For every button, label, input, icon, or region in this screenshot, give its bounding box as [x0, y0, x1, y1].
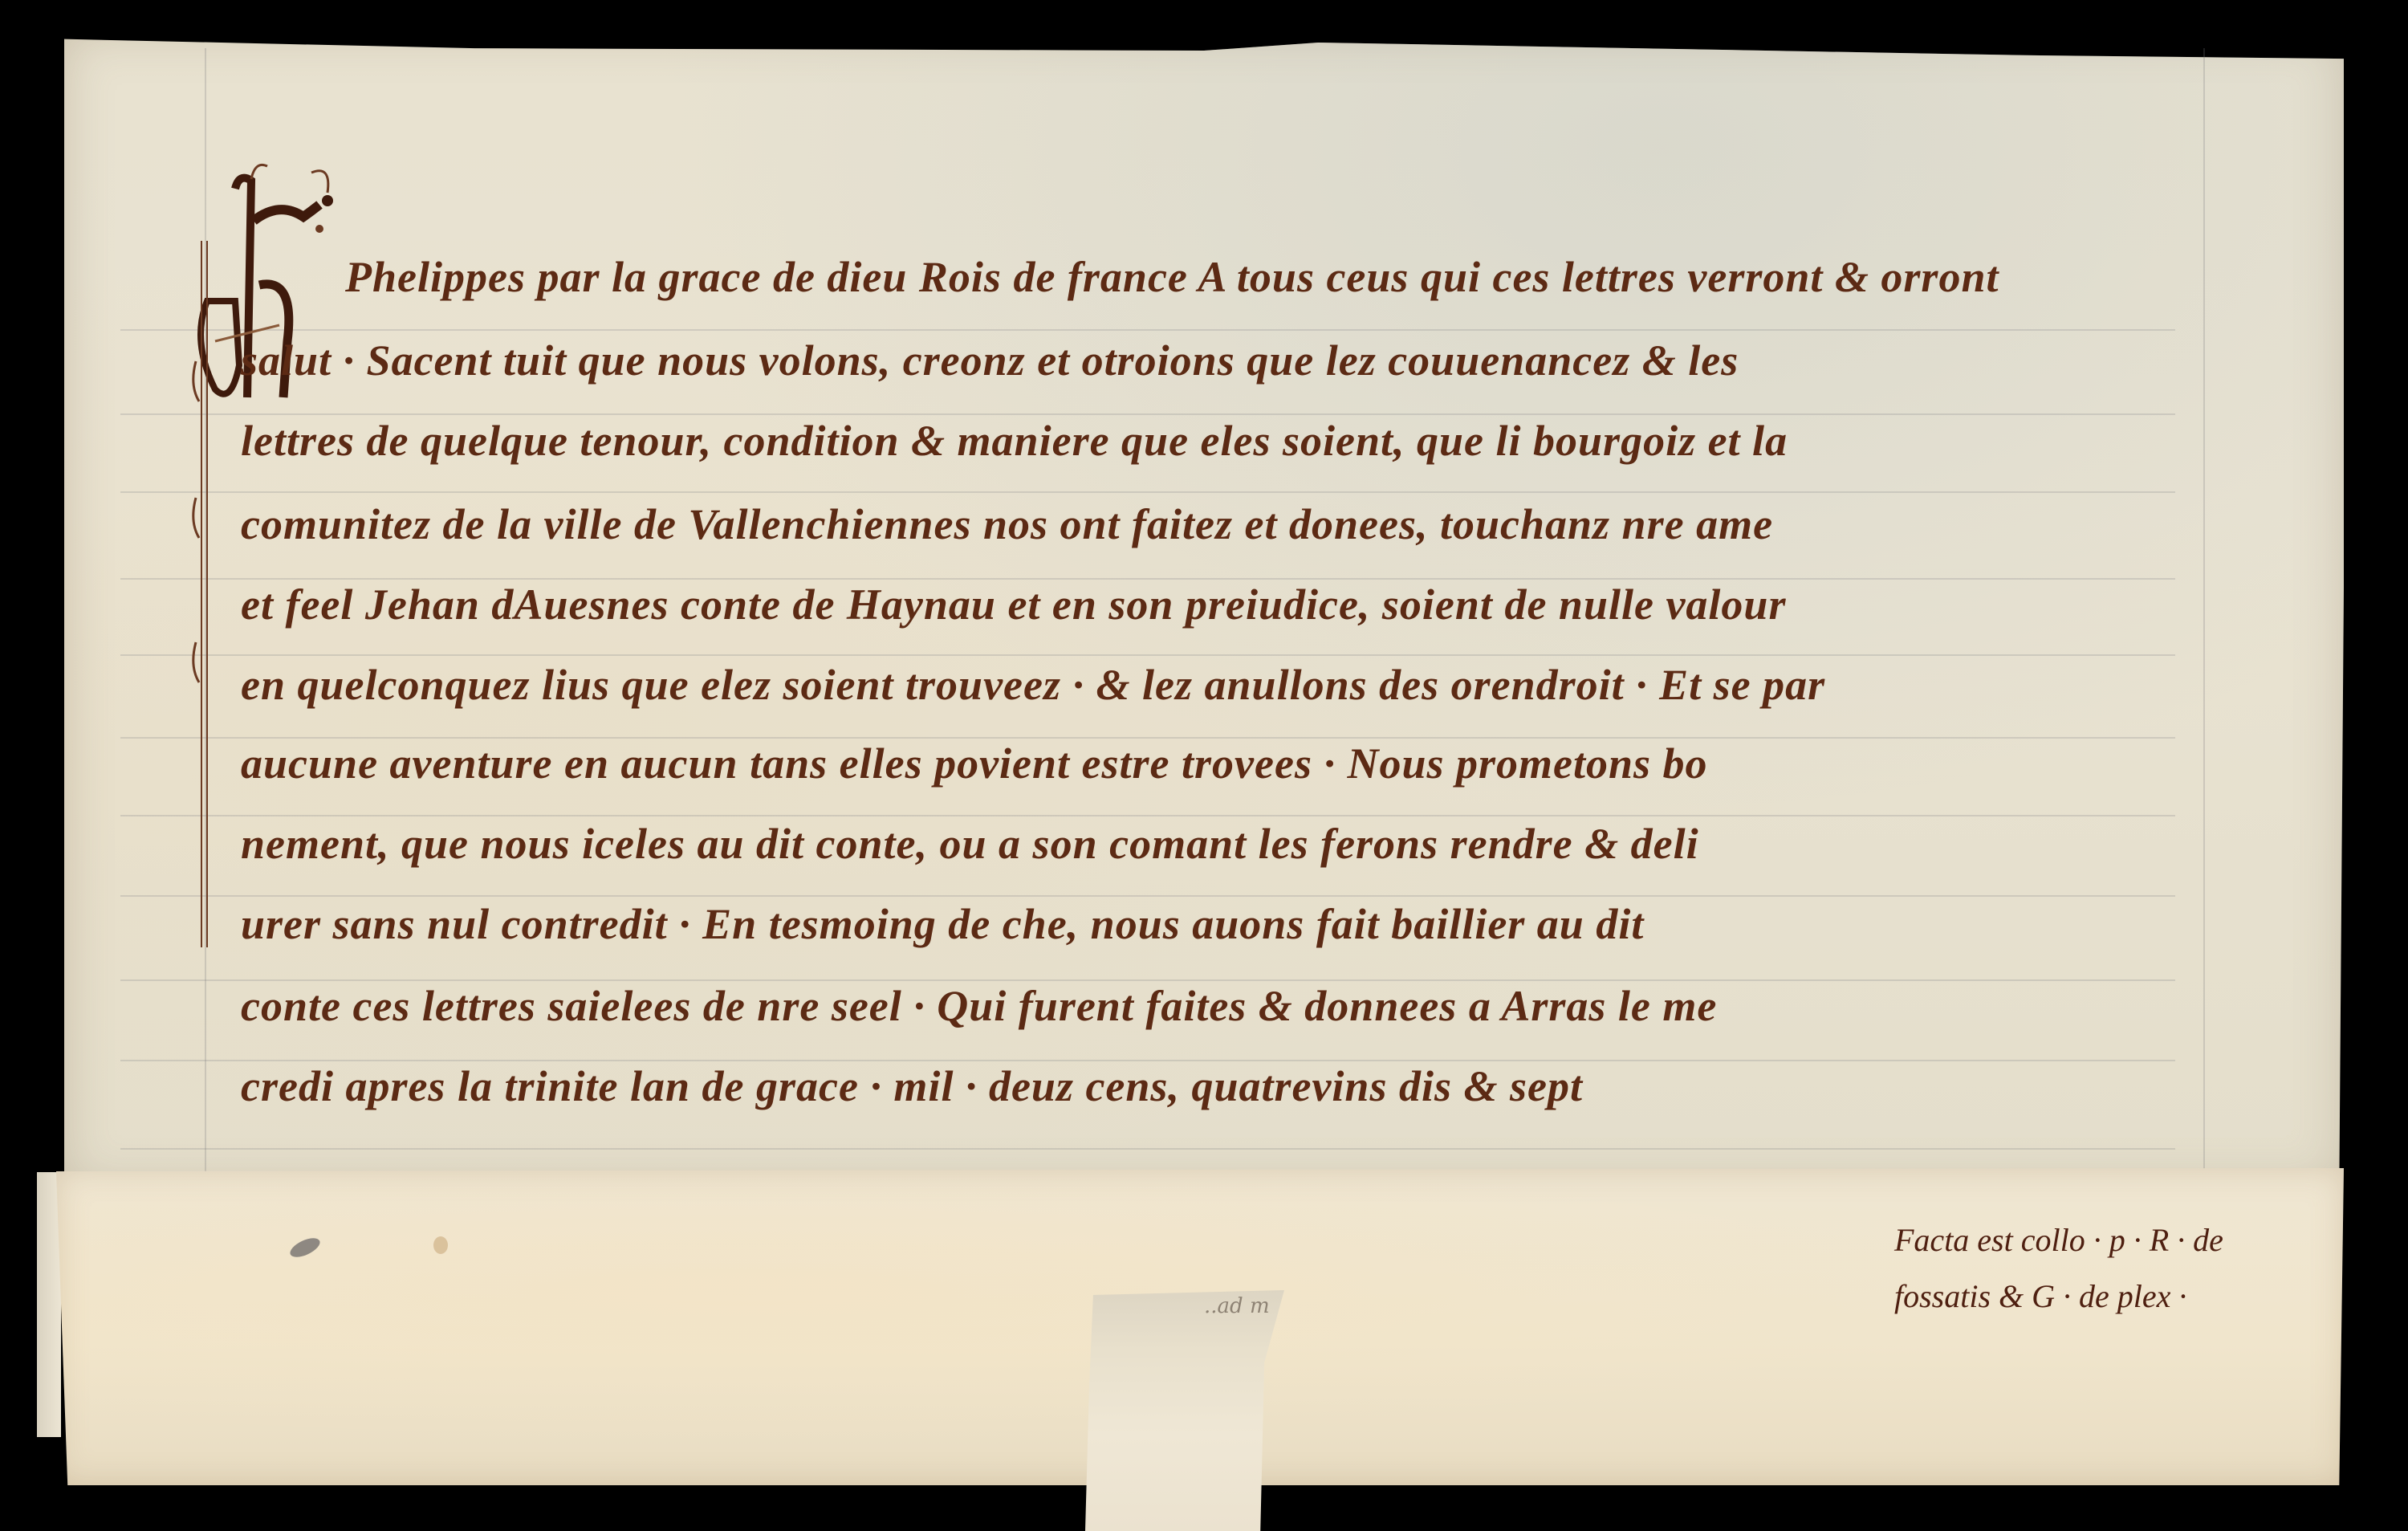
plica-edge — [37, 1172, 61, 1437]
ruling-line — [120, 491, 2175, 493]
initial-flourish-icon — [189, 241, 214, 947]
text-line-5: et feel Jehan dAuesnes conte de Haynau e… — [241, 583, 1786, 626]
document-photo: Phelippes par la grace de dieu Rois de f… — [0, 0, 2408, 1531]
ruling-line — [120, 329, 2175, 331]
chancery-note-line-2: fossatis & G · de plex · — [1894, 1268, 2223, 1325]
text-line-11: credi apres la trinite lan de grace · mi… — [241, 1065, 1583, 1108]
text-line-4: comunitez de la ville de Vallenchiennes … — [241, 503, 1773, 546]
seal-tag-text: ..ad m — [1204, 1294, 1270, 1318]
text-line-8: nement, que nous iceles au dit conte, ou… — [241, 822, 1699, 865]
seal-tag — [1085, 1290, 1284, 1531]
text-line-6: en quelconquez lius que elez soient trou… — [241, 663, 1825, 706]
ruling-line — [120, 895, 2175, 897]
text-line-2: salut · Sacent tuit que nous volons, cre… — [241, 339, 1739, 382]
margin-rule — [2203, 48, 2205, 1172]
text-line-1: Phelippes par la grace de dieu Rois de f… — [345, 255, 1999, 299]
text-line-9: urer sans nul contredit · En tesmoing de… — [241, 902, 1644, 946]
stain — [433, 1236, 448, 1254]
ruling-line — [120, 737, 2175, 739]
ruling-line — [120, 815, 2175, 816]
text-line-3: lettres de quelque tenour, condition & m… — [241, 419, 1788, 462]
ruling-line — [120, 578, 2175, 580]
text-line-10: conte ces lettres saielees de nre seel ·… — [241, 984, 1717, 1028]
ruling-line — [120, 979, 2175, 981]
ruling-line — [120, 654, 2175, 656]
chancery-note-line-1: Facta est collo · p · R · de — [1894, 1212, 2223, 1268]
text-line-7: aucune aventure en aucun tans elles povi… — [241, 742, 1708, 785]
chancery-note: Facta est collo · p · R · de fossatis & … — [1894, 1212, 2223, 1325]
ruling-line — [120, 1060, 2175, 1061]
ruling-line — [120, 1148, 2175, 1150]
ruling-line — [120, 413, 2175, 415]
